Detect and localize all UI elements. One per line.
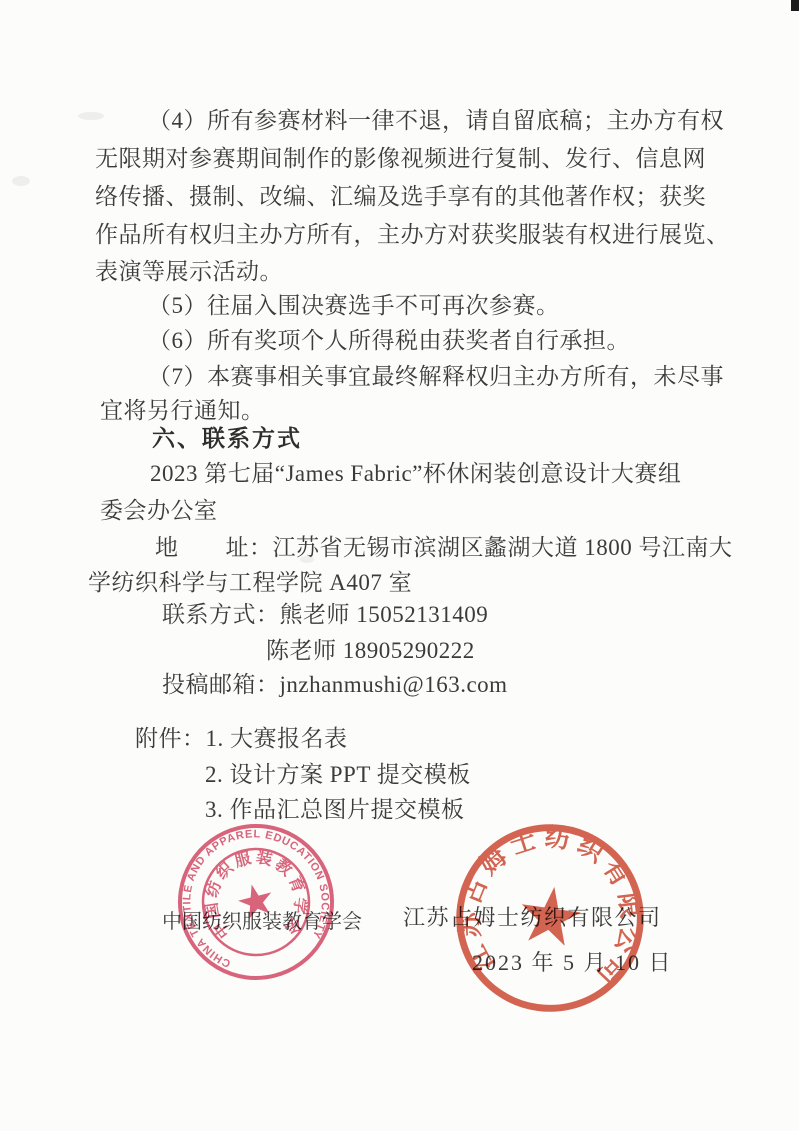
- body-line: 委会办公室: [100, 496, 218, 526]
- scanned-document-page: （4）所有参赛材料一律不退，请自留底稿；主办方有权 无限期对参赛期间制作的影像视…: [0, 0, 799, 1131]
- scan-smudge: [78, 112, 104, 120]
- attachment-line: 2. 设计方案 PPT 提交模板: [205, 760, 471, 790]
- body-line: （5）往届入围决赛选手不可再次参赛。: [148, 291, 560, 321]
- stamp-left-group: CHINA TEXTILE AND APPAREL EDUCATION SOCI…: [164, 810, 348, 994]
- body-line: （4）所有参赛材料一律不退，请自留底稿；主办方有权: [148, 106, 724, 136]
- body-line: （7）本赛事相关事宜最终解释权归主办方所有，未尽事: [148, 362, 724, 392]
- email-line: 投稿邮箱：jnzhanmushi@163.com: [162, 670, 508, 700]
- body-line: 表演等展示活动。: [95, 257, 283, 287]
- attachment-line: 附件：1. 大赛报名表: [135, 724, 348, 754]
- star-icon: [517, 883, 584, 948]
- body-line: 宜将另行通知。: [100, 396, 265, 426]
- scan-smudge: [12, 176, 30, 186]
- star-icon: [235, 880, 276, 920]
- address-line: 学纺织科学与工程学院 A407 室: [88, 568, 412, 598]
- section-heading: 六、联系方式: [152, 424, 302, 454]
- body-line: 2023 第七届“James Fabric”杯休闲装创意设计大赛组: [150, 459, 681, 489]
- body-line: 无限期对参赛期间制作的影像视频进行复制、发行、信息网: [95, 144, 706, 174]
- contact-line: 陈老师 18905290222: [266, 636, 475, 666]
- stamp-right-group: 江苏占姆士纺织有限公司: [442, 811, 658, 1021]
- body-line: 络传播、摄制、改编、汇编及选手享有的其他著作权；获奖: [95, 182, 706, 212]
- stamp-left-education-society: CHINA TEXTILE AND APPAREL EDUCATION SOCI…: [156, 802, 356, 1002]
- address-line: 地 址：江苏省无锡市滨湖区蠡湖大道 1800 号江南大: [155, 533, 733, 563]
- body-line: 作品所有权归主办方所有，主办方对获奖服装有权进行展览、: [95, 220, 730, 250]
- stamp-right-company-seal: 江苏占姆士纺织有限公司: [442, 810, 658, 1026]
- scan-corner-mark: [791, 0, 799, 11]
- contact-line: 联系方式：熊老师 15052131409: [162, 600, 488, 630]
- body-line: （6）所有奖项个人所得税由获奖者自行承担。: [148, 326, 630, 356]
